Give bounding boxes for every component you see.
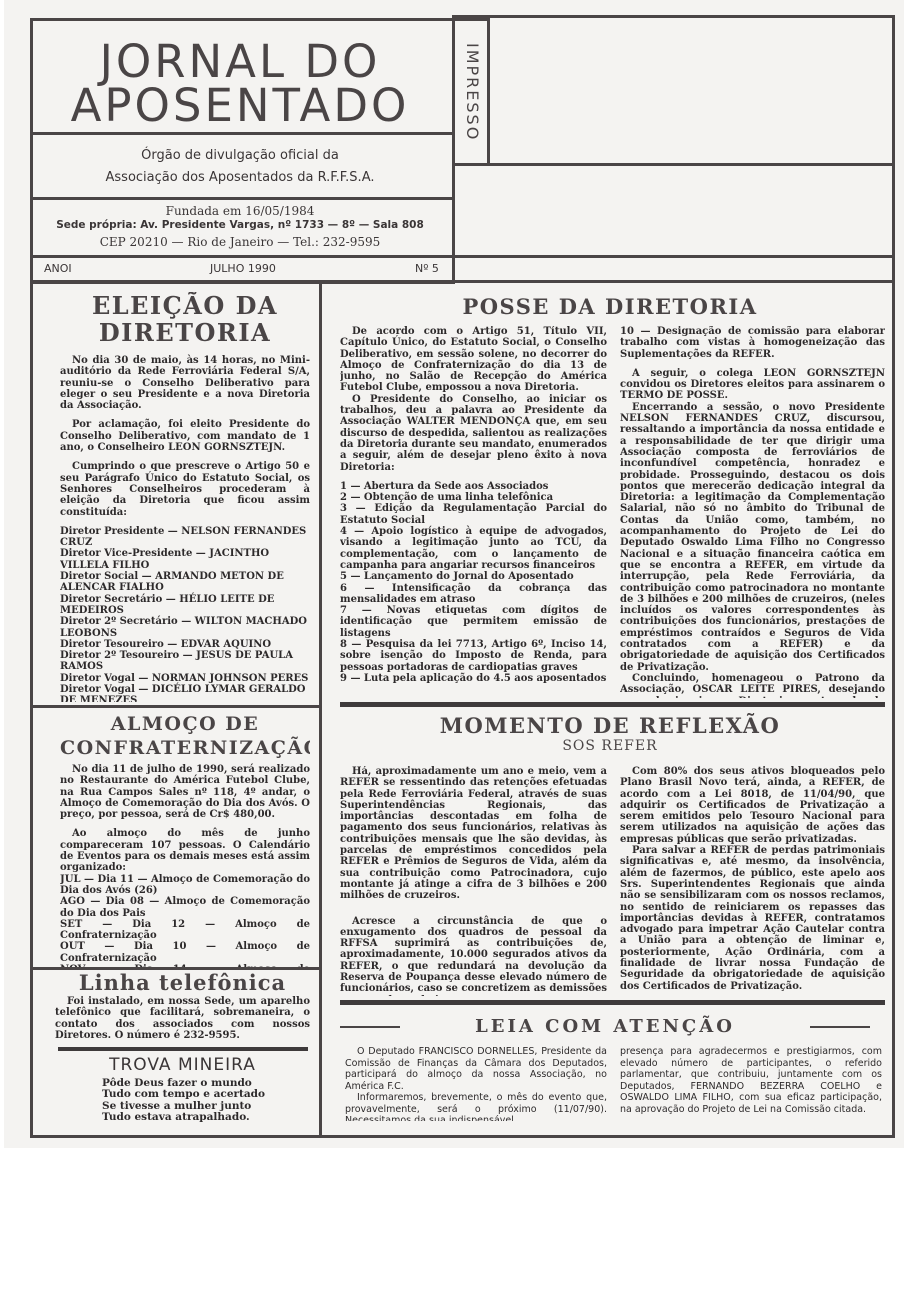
paragraph: Cumprindo o que prescreve o Artigo 50 e …	[60, 461, 310, 517]
divider	[452, 15, 895, 18]
almoco-headline: ALMOÇO DE CONFRATERNIZAÇÃO	[60, 712, 310, 760]
posse-right-column: 10 — Designação de comissão para elabora…	[620, 326, 885, 698]
divider	[340, 1000, 885, 1005]
almoco-article: ALMOÇO DE CONFRATERNIZAÇÃO No dia 11 de …	[60, 712, 310, 967]
almoco-body: No dia 11 de julho de 1990, será realiza…	[60, 764, 310, 967]
trova-article: TROVA MINEIRA Pôde Deus fazer o mundo Tu…	[55, 1055, 310, 1135]
director-item: Diretor Secretário — HÉLIO LEITE DE MEDE…	[60, 594, 310, 617]
poem-line: Tudo com tempo e acertado	[102, 1089, 310, 1100]
orgao-line-1: Órgão de divulgação oficial da	[40, 145, 440, 167]
address: Sede própria: Av. Presidente Vargas, nº …	[40, 218, 440, 232]
calendar-item: NOV — Dia 14 — Almoço de Confraternizaçã…	[60, 964, 310, 967]
posse-headline: POSSE DA DIRETORIA	[330, 294, 890, 320]
paragraph: Concluindo, homenageou o Patrono da Asso…	[620, 673, 885, 698]
leia-headline: LEIA COM ATENÇÃO	[405, 1015, 805, 1039]
achievement-item: 6 — Intensificação da cobrança das mensa…	[340, 583, 607, 606]
poem-line: Tudo estava atrapalhado.	[102, 1112, 310, 1123]
paragraph: De acordo com o Artigo 51, Título VII, C…	[340, 326, 607, 394]
paragraph: Com 80% dos seus ativos bloqueados pelo …	[620, 766, 885, 845]
divider	[340, 702, 885, 707]
calendar-item: AGO — Dia 08 — Almoço de Comemoração do …	[60, 896, 310, 919]
paragraph: No dia 30 de maio, às 14 horas, no Mini-…	[60, 355, 310, 411]
issue-date: JULHO 1990	[210, 260, 276, 278]
achievement-item: 3 — Edição da Regulamentação Parcial do …	[340, 503, 607, 526]
achievement-item: 9 — Luta pela aplicação do 4.5 aos apose…	[340, 673, 607, 684]
paragraph: Para salvar a REFER de perdas patrimonia…	[620, 845, 885, 992]
divider	[58, 1047, 308, 1051]
masthead-subtitle: Órgão de divulgação oficial da Associaçã…	[40, 145, 440, 189]
divider	[319, 280, 322, 1138]
headline-line: ALMOÇO DE	[60, 712, 310, 736]
title-line-2: APOSENTADO	[40, 84, 440, 128]
directors-list: Diretor Presidente — NELSON FERNANDES CR…	[60, 526, 310, 702]
paragraph: Por aclamação, foi eleito Presidente do …	[60, 419, 310, 453]
decorative-rule	[810, 1026, 870, 1028]
achievement-item: 5 — Lançamento do Jornal do Aposentado	[340, 571, 607, 582]
masthead-info: Fundada em 16/05/1984 Sede própria: Av. …	[40, 204, 440, 249]
headline-line: CONFRATERNIZAÇÃO	[60, 736, 310, 760]
director-item: Diretor Vogal — DICÉLIO LYMAR GERALDO DE…	[60, 684, 310, 702]
paragraph: No dia 11 de julho de 1990, será realiza…	[60, 764, 310, 820]
momento-left-body: Há, aproximadamente um ano e meio, vem a…	[340, 766, 607, 996]
linha-headline: Linha telefônica	[55, 970, 310, 996]
achievement-item: 7 — Novas etiquetas com dígitos de ident…	[340, 605, 607, 639]
impresso-label: IMPRESSO	[457, 22, 487, 162]
achievement-item: 4 — Apoio logístico à equipe de advogado…	[340, 526, 607, 571]
paragraph: Foi instalado, em nossa Sede, um aparelh…	[55, 996, 310, 1041]
headline-line: ELEIÇÃO DA	[60, 292, 310, 319]
linha-body: Foi instalado, em nossa Sede, um aparelh…	[55, 996, 310, 1041]
paragraph: Acresce a circunstância de que o enxugam…	[340, 916, 607, 996]
director-item: Diretor 2º Secretário — WILTON MACHADO L…	[60, 616, 310, 639]
director-item: Diretor 2º Tesoureiro — JESUS DE PAULA R…	[60, 650, 310, 673]
trova-poem: Pôde Deus fazer o mundo Tudo com tempo e…	[102, 1078, 310, 1123]
posse-left-body: De acordo com o Artigo 51, Título VII, C…	[340, 326, 607, 684]
paragraph: A seguir, o colega LEON GORNSZTEJN convi…	[620, 368, 885, 402]
volume-label: ANOI	[44, 260, 72, 278]
momento-subtitle: SOS REFER	[330, 738, 890, 754]
director-item: Diretor Presidente — NELSON FERNANDES CR…	[60, 526, 310, 549]
calendar-item: OUT — Dia 10 — Almoço de Confraternizaçã…	[60, 941, 310, 964]
achievement-item: 2 — Obtenção de uma linha telefônica	[340, 492, 607, 503]
masthead-title: JORNAL DO APOSENTADO	[40, 40, 440, 128]
calendar-item: JUL — Dia 11 — Almoço de Comemoração do …	[60, 874, 310, 897]
momento-right-column: Com 80% dos seus ativos bloqueados pelo …	[620, 766, 885, 996]
director-item: Diretor Vice-Presidente — JACINTHO VILLE…	[60, 548, 310, 571]
director-item: Diretor Tesoureiro — EDVAR AQUINO	[60, 639, 310, 650]
divider	[30, 197, 455, 200]
issue-number: Nº 5	[415, 260, 439, 278]
leia-left-column: O Deputado FRANCISCO DORNELLES, Presiden…	[345, 1046, 607, 1121]
momento-left-column: Há, aproximadamente um ano e meio, vem a…	[340, 766, 607, 996]
posse-right-body: 10 — Designação de comissão para elabora…	[620, 326, 885, 698]
eleicao-body: No dia 30 de maio, às 14 horas, no Mini-…	[60, 355, 310, 702]
achievement-item: 8 — Pesquisa da lei 7713, Artigo 6º, Inc…	[340, 639, 607, 673]
paragraph: presença para agradecermos e prestigiarm…	[620, 1046, 882, 1115]
momento-right-body: Com 80% dos seus ativos bloqueados pelo …	[620, 766, 885, 992]
posse-left-column: De acordo com o Artigo 51, Título VII, C…	[340, 326, 607, 698]
issue-bar: ANOI JULHO 1990 Nº 5	[40, 260, 450, 278]
director-item: Diretor Social — ARMANDO METON DE ALENCA…	[60, 571, 310, 594]
founded-date: Fundada em 16/05/1984	[40, 204, 440, 218]
achievement-item: 10 — Designação de comissão para elabora…	[620, 326, 885, 360]
calendar-item: SET — Dia 12 — Almoço de Confraternizaçã…	[60, 919, 310, 942]
decorative-rule	[340, 1026, 400, 1028]
divider	[30, 255, 895, 258]
orgao-line-2: Associação dos Aposentados da R.F.F.S.A.	[40, 167, 440, 189]
achievement-item: 1 — Abertura da Sede aos Associados	[340, 481, 607, 492]
momento-headline: MOMENTO DE REFLEXÃO	[330, 713, 890, 739]
paragraph: O Presidente do Conselho, ao iniciar os …	[340, 394, 607, 473]
paragraph: Informaremos, brevemente, o mês do event…	[345, 1092, 607, 1121]
leia-right-column: presença para agradecermos e prestigiarm…	[620, 1046, 882, 1121]
divider	[452, 163, 895, 166]
trova-headline: TROVA MINEIRA	[55, 1055, 310, 1075]
eleicao-article: ELEIÇÃO DA DIRETORIA No dia 30 de maio, …	[60, 292, 310, 702]
eleicao-headline: ELEIÇÃO DA DIRETORIA	[60, 292, 310, 346]
linha-article: Linha telefônica Foi instalado, em nossa…	[55, 970, 310, 1045]
paragraph: Encerrando a sessão, o novo Presidente N…	[620, 402, 885, 673]
headline-line: DIRETORIA	[60, 319, 310, 346]
paragraph: O Deputado FRANCISCO DORNELLES, Presiden…	[345, 1046, 607, 1092]
paragraph: Ao almoço do mês de junho compareceram 1…	[60, 828, 310, 873]
title-line-1: JORNAL DO	[40, 40, 440, 84]
contact-line: CEP 20210 — Rio de Janeiro — Tel.: 232-9…	[40, 235, 440, 249]
divider	[30, 132, 455, 135]
director-item: Diretor Vogal — NORMAN JOHNSON PERES	[60, 673, 310, 684]
paragraph: Há, aproximadamente um ano e meio, vem a…	[340, 766, 607, 902]
